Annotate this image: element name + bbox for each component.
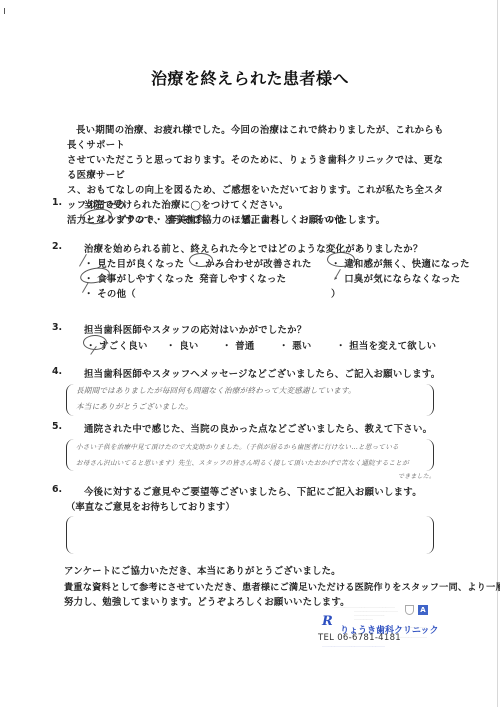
scan-edge [497,0,498,707]
shield-icon [405,605,414,615]
handwritten-answer-line: できました。 [398,471,435,480]
option-comfort[interactable]: ・ 違和感が無く、快適になった [331,256,470,270]
question-number: 2. [52,241,82,252]
clinic-fine-print: .................... [354,617,373,621]
handwritten-answer-line: 本当にありがとうございました。 [76,401,193,412]
option-change-staff[interactable]: ・ 担当を変えて欲しい [336,338,436,352]
option-average[interactable]: ・ 普通 [222,338,255,352]
clinic-fine-print: ........................................… [322,644,385,648]
question-text: 当院で受けられた治療に◯をつけてください。 [84,197,288,211]
option-other[interactable]: ・ その他（ [84,286,136,300]
option-speech[interactable]: ・ 発音しやすくなった [186,271,286,285]
question-text: 通院された中で感じた、当院の良かった点などございましたら、教えて下さい。 [84,421,432,435]
question-text: 担当歯科医師やスタッフへメッセージなどございましたら、ご記入お願いします。 [84,366,440,380]
question-number: 4. [52,366,82,377]
option-cosmetic[interactable]: ・ 審美歯科 [154,212,206,226]
option-other-close: ） [331,286,341,300]
certification-badges: A ............................. ........… [405,603,465,643]
feedback-answer-box[interactable] [66,516,434,554]
page-title: 治療を終えられた患者様へ [0,66,500,89]
scan-mark [4,8,5,14]
question-number: 6. [52,484,82,495]
cert-fine-print: ............................. [399,635,427,639]
option-bite[interactable]: ・ かみ合わせが改善された [192,256,312,270]
option-eating[interactable]: ・ 食事がしやすくなった [84,271,194,285]
cert-fine-print: ............................. [399,625,427,629]
question-number: 3. [52,322,82,333]
option-bad[interactable]: ・ 悪い [279,338,312,352]
handwritten-answer-line: お母さん沢山いてると思います）先生、スタッフの皆さん明るく接して頂いたおかげで苦… [76,457,409,467]
option-good[interactable]: ・ 良い [166,338,199,352]
thank-you-text: アンケートにご協力いただき、本当にありがとうございました。 [64,563,341,577]
question-text: 治療を始められる前と、終えられた今とではどのような変化がありましたか？ [84,241,423,255]
question-number: 1. [52,197,82,208]
handwritten-answer-line: 長期間ではありましたが毎回何も問題なく治療が終わって大変感謝しています。 [76,385,356,396]
option-breath[interactable]: ・ 口臭が気にならなくなった [331,271,460,285]
intro-line: 長い期間の治療、お疲れ様でした。今回の治療はこれで終わりましたが、これからも長く… [67,123,447,153]
option-implant[interactable]: ・ インプラント [84,212,155,226]
question-text: 今後に対するご意見やご要望等ございましたら、下記にご記入お願いします。 [84,484,422,498]
question-number: 5. [52,421,82,432]
handwritten-answer-line: 小さい子供を治療中見て頂けたので大変助かりました。（子供が居るから歯医者に行けな… [76,441,399,451]
clinic-logo-icon: R [322,614,333,629]
closing-text-line: 努力し、勉強してまいります。どうぞよろしくお願いいたします。 [64,594,350,608]
option-orthodontic[interactable]: ・ 矯正歯科 [228,212,280,226]
intro-line: させていただこうと思っております。そのために、りょうき歯科クリニックでは、更なる… [67,153,447,183]
clinic-phone: TEL 06-6781-4181 [318,633,401,643]
option-other[interactable]: ・ その他 [302,212,344,226]
certification-badge-icon: A [418,605,428,615]
closing-text-line: 貴重な資料として参考にさせていただき、患者様にご満足いただける医院作りをスタッフ… [64,579,500,593]
option-appearance[interactable]: ・ 見た目が良くなった [84,256,184,270]
question-text: 担当歯科医師やスタッフの応対はいかがでしたか？ [84,322,307,336]
